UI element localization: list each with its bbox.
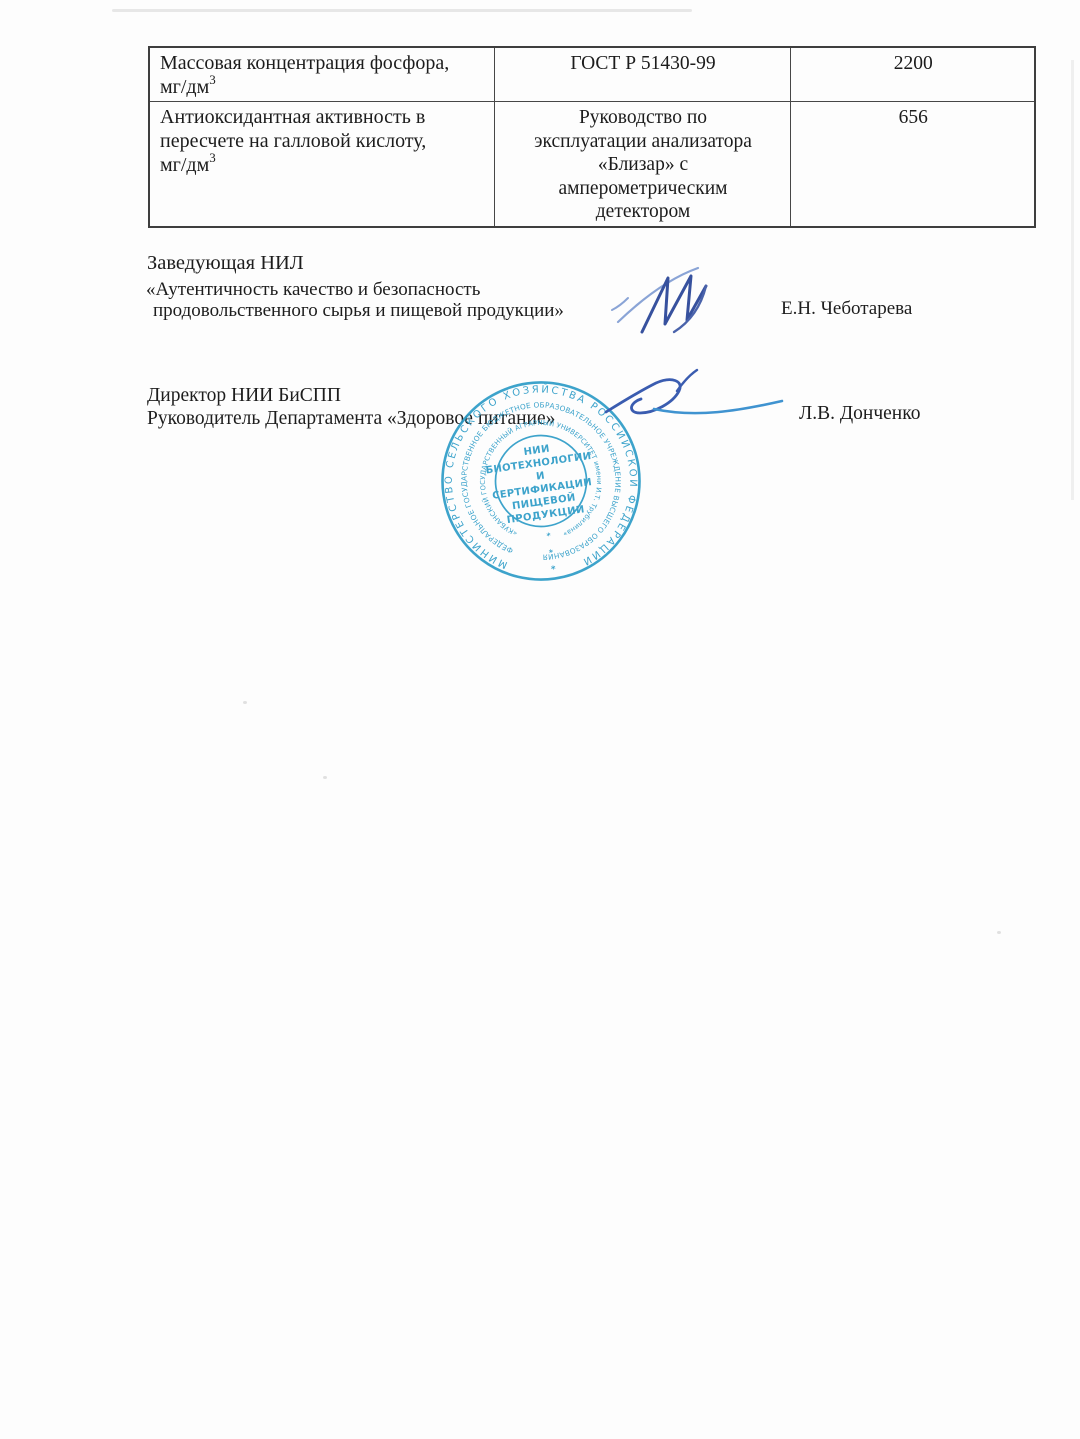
- method-line: ГОСТ Р 51430-99: [505, 52, 782, 76]
- method-line: эксплуатации анализатора: [505, 130, 782, 154]
- signer1-org-line1: «Аутентичность качество и безопасность: [146, 279, 480, 301]
- parameter-unit: мг/дм3: [160, 75, 486, 99]
- signer2-position-line1: Директор НИИ БиСПП: [147, 385, 341, 407]
- value-cell: 2200: [790, 47, 1035, 102]
- table-row: Массовая концентрация фосфора, мг/дм3 ГО…: [149, 47, 1035, 102]
- signer1-position: Заведующая НИЛ: [147, 252, 304, 275]
- parameters-table: Массовая концентрация фосфора, мг/дм3 ГО…: [148, 46, 1036, 228]
- scan-speck: [323, 776, 327, 779]
- signature-stroke: [618, 268, 698, 322]
- signature1-handwriting: [598, 258, 728, 343]
- stamp-star-separator: *: [550, 565, 556, 576]
- parameter-cell: Массовая концентрация фосфора, мг/дм3: [149, 47, 494, 102]
- method-line: «Близар» с: [505, 153, 782, 177]
- scan-speck: [997, 931, 1001, 934]
- unit-superscript: 3: [209, 150, 216, 165]
- scan-artifact-streak: [112, 9, 692, 12]
- value-cell: 656: [790, 102, 1035, 227]
- signer2-name: Л.В. Донченко: [799, 403, 920, 425]
- signature2-handwriting: [596, 368, 806, 430]
- stamp-star-separator: *: [546, 531, 552, 541]
- parameter-name: Антиоксидантная активность в: [160, 105, 486, 129]
- signature-stroke: [612, 298, 628, 310]
- scanned-document-page: Массовая концентрация фосфора, мг/дм3 ГО…: [0, 0, 1080, 1439]
- scan-speck: [243, 701, 247, 704]
- parameter-cell: Антиоксидантная активность в пересчете н…: [149, 102, 494, 227]
- table-row: Антиоксидантная активность в пересчете н…: [149, 102, 1035, 227]
- signer1-name: Е.Н. Чеботарева: [781, 298, 912, 320]
- method-line: Руководство по: [505, 106, 782, 130]
- method-cell: Руководство по эксплуатации анализатора …: [494, 102, 790, 227]
- signature1-strokes: [612, 268, 706, 332]
- scan-artifact-streak: [1071, 60, 1074, 500]
- method-line: детектором: [505, 200, 782, 224]
- stamp-center-line: НИИ: [523, 444, 551, 459]
- unit-base: мг/дм: [160, 76, 209, 98]
- parameter-unit: мг/дм3: [160, 153, 486, 177]
- signer1-org-line2: продовольственного сырья и пищевой проду…: [153, 300, 564, 322]
- stamp-center-line: И: [535, 471, 545, 483]
- signature-stroke: [677, 370, 697, 391]
- method-line: амперометрическим: [505, 177, 782, 201]
- method-cell: ГОСТ Р 51430-99: [494, 47, 790, 102]
- signature-stroke: [642, 276, 706, 332]
- signature-stroke: [654, 401, 782, 413]
- signature2-strokes: [606, 370, 782, 413]
- signature-stroke: [606, 380, 680, 413]
- unit-superscript: 3: [209, 72, 216, 87]
- unit-base: мг/дм: [160, 154, 209, 176]
